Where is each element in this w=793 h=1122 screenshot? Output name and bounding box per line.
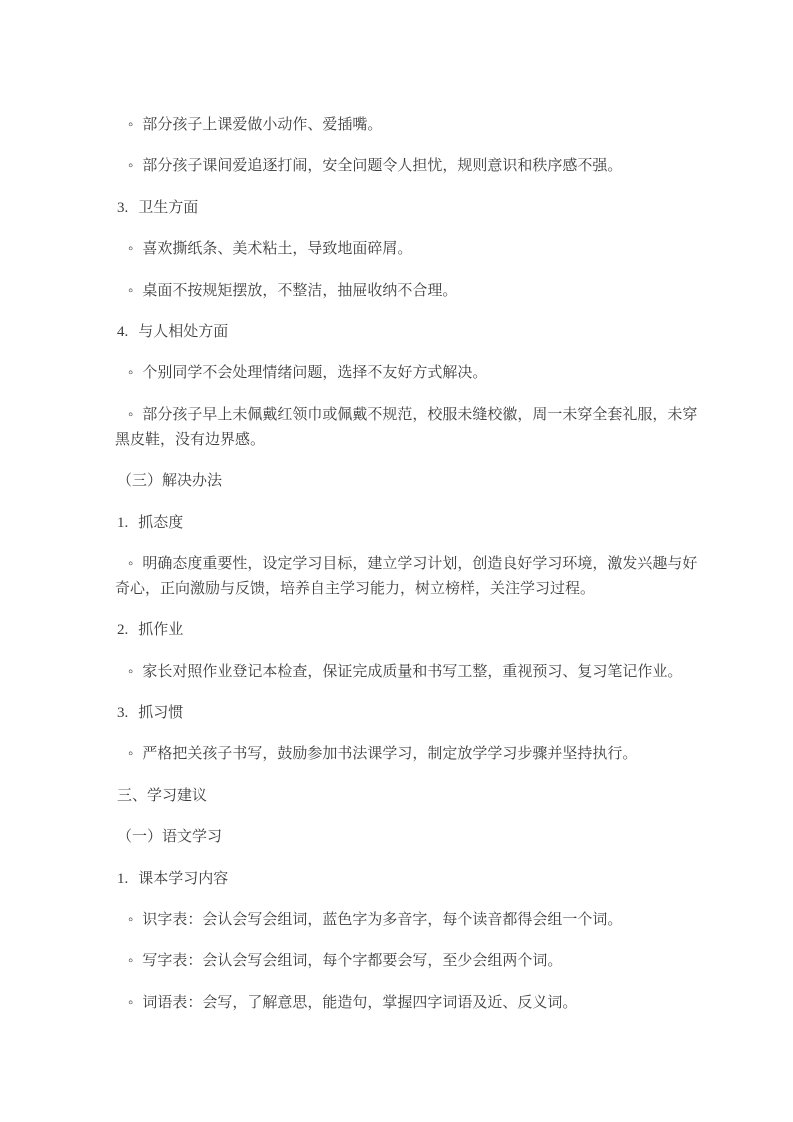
bullet-marker: ◦ xyxy=(128,746,133,762)
list-item-bullet: ◦严格把关孩子书写，鼓励参加书法课学习，制定放学学习步骤并坚持执行。 xyxy=(115,742,705,767)
list-item-bullet: ◦识字表：会认会写会组词，蓝色字为多音字，每个读音都得会组一个词。 xyxy=(115,908,705,933)
heading-text: 三、学习建议 xyxy=(117,788,207,804)
number-marker: 4. xyxy=(117,324,128,340)
section-heading: （一）语文学习 xyxy=(115,825,705,850)
bullet-marker: ◦ xyxy=(128,407,133,423)
paragraph-text: 写字表：会认会写会组词，每个字都要会写，至少会组两个词。 xyxy=(142,953,562,969)
bullet-marker: ◦ xyxy=(128,283,133,299)
paragraph-text: 喜欢撕纸条、美术粘土，导致地面碎屑。 xyxy=(142,241,412,257)
list-item-numbered: 1.课本学习内容 xyxy=(115,867,705,892)
paragraph-text: 部分孩子上课爱做小动作、爱插嘴。 xyxy=(142,117,382,133)
paragraph-text: 明确态度重要性，设定学习目标，建立学习计划，创造良好学习环境，激发兴趣与好奇心，… xyxy=(115,556,697,597)
number-marker: 2. xyxy=(117,622,128,638)
list-item-bullet: ◦明确态度重要性，设定学习目标，建立学习计划，创造良好学习环境，激发兴趣与好奇心… xyxy=(115,552,705,602)
bullet-marker: ◦ xyxy=(128,995,133,1011)
list-item-bullet: ◦个别同学不会处理情绪问题，选择不友好方式解决。 xyxy=(115,361,705,386)
bullet-marker: ◦ xyxy=(128,241,133,257)
paragraph-text: 课本学习内容 xyxy=(138,871,228,887)
paragraph-text: 部分孩子课间爱追逐打闹，安全问题令人担忧，规则意识和秩序感不强。 xyxy=(142,158,622,174)
number-marker: 3. xyxy=(117,200,128,216)
paragraph-text: 词语表：会写，了解意思，能造句，掌握四字词语及近、反义词。 xyxy=(142,995,577,1011)
heading-text: （三）解决办法 xyxy=(117,473,222,489)
paragraph-text: 识字表：会认会写会组词，蓝色字为多音字，每个读音都得会组一个词。 xyxy=(142,912,622,928)
bullet-marker: ◦ xyxy=(128,556,133,572)
number-marker: 1. xyxy=(117,871,128,887)
bullet-marker: ◦ xyxy=(128,117,133,133)
number-marker: 1. xyxy=(117,515,128,531)
paragraph-text: 严格把关孩子书写，鼓励参加书法课学习，制定放学学习步骤并坚持执行。 xyxy=(142,746,637,762)
paragraph-text: 抓态度 xyxy=(138,515,183,531)
bullet-marker: ◦ xyxy=(128,158,133,174)
paragraph-text: 与人相处方面 xyxy=(138,324,228,340)
document-page: ◦部分孩子上课爱做小动作、爱插嘴。 ◦部分孩子课间爱追逐打闹，安全问题令人担忧，… xyxy=(0,0,793,1122)
list-item-numbered: 1.抓态度 xyxy=(115,511,705,536)
paragraph-text: 个别同学不会处理情绪问题，选择不友好方式解决。 xyxy=(142,365,487,381)
paragraph-text: 家长对照作业登记本检查，保证完成质量和书写工整，重视预习、复习笔记作业。 xyxy=(142,664,682,680)
list-item-bullet: ◦家长对照作业登记本检查，保证完成质量和书写工整，重视预习、复习笔记作业。 xyxy=(115,660,705,685)
paragraph-text: 抓习惯 xyxy=(138,705,183,721)
list-item-bullet: ◦部分孩子课间爱追逐打闹，安全问题令人担忧，规则意识和秩序感不强。 xyxy=(115,154,705,179)
list-item-bullet: ◦写字表：会认会写会组词，每个字都要会写，至少会组两个词。 xyxy=(115,949,705,974)
paragraph-text: 抓作业 xyxy=(138,622,183,638)
bullet-marker: ◦ xyxy=(128,664,133,680)
section-heading: 三、学习建议 xyxy=(115,784,705,809)
heading-text: （一）语文学习 xyxy=(117,829,222,845)
paragraph-text: 部分孩子早上未佩戴红领巾或佩戴不规范，校服未缝校徽，周一未穿全套礼服，未穿黑皮鞋… xyxy=(115,407,697,448)
list-item-numbered: 3.抓习惯 xyxy=(115,701,705,726)
section-heading: （三）解决办法 xyxy=(115,469,705,494)
list-item-bullet: ◦部分孩子早上未佩戴红领巾或佩戴不规范，校服未缝校徽，周一未穿全套礼服，未穿黑皮… xyxy=(115,403,705,453)
paragraph-text: 桌面不按规矩摆放，不整洁，抽屉收纳不合理。 xyxy=(142,283,457,299)
list-item-bullet: ◦桌面不按规矩摆放，不整洁，抽屉收纳不合理。 xyxy=(115,279,705,304)
list-item-numbered: 3.卫生方面 xyxy=(115,196,705,221)
list-item-numbered: 2.抓作业 xyxy=(115,618,705,643)
number-marker: 3. xyxy=(117,705,128,721)
list-item-bullet: ◦喜欢撕纸条、美术粘土，导致地面碎屑。 xyxy=(115,237,705,262)
bullet-marker: ◦ xyxy=(128,365,133,381)
list-item-bullet: ◦部分孩子上课爱做小动作、爱插嘴。 xyxy=(115,113,705,138)
bullet-marker: ◦ xyxy=(128,953,133,969)
paragraph-text: 卫生方面 xyxy=(138,200,198,216)
bullet-marker: ◦ xyxy=(128,912,133,928)
list-item-bullet: ◦词语表：会写，了解意思，能造句，掌握四字词语及近、反义词。 xyxy=(115,991,705,1016)
list-item-numbered: 4.与人相处方面 xyxy=(115,320,705,345)
